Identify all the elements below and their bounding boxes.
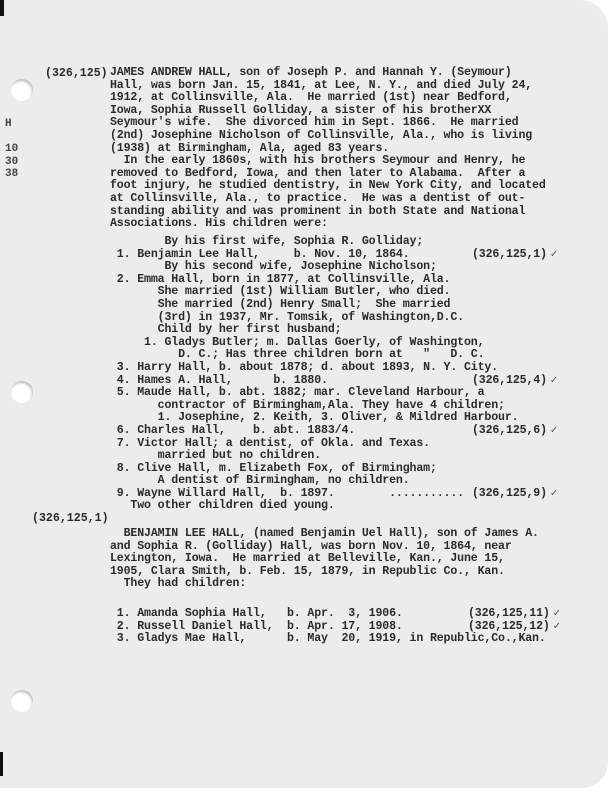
line-text: married but no children. <box>110 449 321 462</box>
line-text: By his first wife, Sophia R. Golliday; <box>110 235 423 248</box>
line-text: By his second wife, Josephine Nicholson; <box>110 260 437 273</box>
text-line: Associations. His children were: <box>110 218 546 231</box>
line-text: A dentist of Birmingham, no children. <box>110 474 410 487</box>
line-text: 6. Charles Hall, b. abt. 1883/4. <box>110 424 355 437</box>
children-list: By his first wife, Sophia R. Golliday; 1… <box>110 236 518 513</box>
entry-reference-number: (326,125) <box>45 67 108 80</box>
line-text: 2. Emma Hall, born in 1877, at Collinsvi… <box>110 273 450 286</box>
line-text: 5. Maude Hall, b. abt. 1882; mar. Clevel… <box>110 386 484 399</box>
text-line: Lexington, Iowa. He married at Bellevill… <box>110 553 539 566</box>
text-line: 1912, at Collinsville, Ala. He married (… <box>110 92 546 105</box>
line-text: 3. Gladys Mae Hall, b. May 20, 1919, in … <box>110 632 546 645</box>
margin-note: 30 <box>5 156 18 168</box>
entry-reference-number: (326,125,1) <box>32 512 109 525</box>
punch-hole <box>11 79 33 101</box>
punch-hole <box>11 381 33 403</box>
entry-benjamin-lee-hall: BENJAMIN LEE HALL, (named Benjamin Uel H… <box>110 528 539 591</box>
punch-hole <box>11 690 33 712</box>
line-text: 4. Hames A. Hall, b. 1880. <box>110 374 328 387</box>
cross-reference: (326,125,1)✓ <box>472 249 558 262</box>
line-text: She married (2nd) Henry Small; She marri… <box>110 298 450 311</box>
entry-james-andrew-hall: JAMES ANDREW HALL, son of Joseph P. and … <box>110 67 546 231</box>
cross-reference: (326,125,11)✓ <box>468 608 561 621</box>
margin-note: 38 <box>5 168 18 180</box>
cross-reference: (326,125,6)✓ <box>472 425 558 438</box>
check-mark-icon: ✓ <box>553 621 561 632</box>
line-text: 7. Victor Hall; a dentist, of Okla. and … <box>110 437 430 450</box>
line-text: 1. Amanda Sophia Hall, b. Apr. 3, 1906. <box>110 607 403 620</box>
line-text: 8. Clive Hall, m. Elizabeth Fox, of Birm… <box>110 462 437 475</box>
text-line: at Collinsville, Ala., to practice. He w… <box>110 193 546 206</box>
line-text: Child by her first husband; <box>110 323 341 336</box>
child-line: Two other children died young. <box>110 500 518 513</box>
check-mark-icon: ✓ <box>550 249 558 260</box>
line-text: 9. Wayne Willard Hall, b. 1897. ........… <box>110 487 464 500</box>
line-text: She married (1st) William Butler, who di… <box>110 285 450 298</box>
margin-note: H <box>5 118 12 130</box>
margin-note: 10 <box>5 143 18 155</box>
document-page: H 10 30 38 (326,125) JAMES ANDREW HALL, … <box>0 0 608 788</box>
check-mark-icon: ✓ <box>550 375 558 386</box>
line-text: 2. Russell Daniel Hall, b. Apr. 17, 1908… <box>110 620 403 633</box>
cross-reference: (326,125,9)✓ <box>472 488 558 501</box>
text-line: They had children: <box>110 578 539 591</box>
cross-reference: (326,125,4)✓ <box>472 375 558 388</box>
check-mark-icon: ✓ <box>553 608 561 619</box>
line-text: 1. Benjamin Lee Hall, b. Nov. 10, 1864. <box>110 248 410 261</box>
line-text: 1. Josephine, 2. Keith, 3. Oliver, & Mil… <box>110 411 518 424</box>
check-mark-icon: ✓ <box>550 488 558 499</box>
line-text: 3. Harry Hall, b. about 1878; d. about 1… <box>110 361 498 374</box>
text-line: BENJAMIN LEE HALL, (named Benjamin Uel H… <box>110 528 539 541</box>
text-line: In the early 1860s, with his brothers Se… <box>110 155 546 168</box>
text-line: (2nd) Josephine Nicholson of Collinsvill… <box>110 130 546 143</box>
child-line: 3. Gladys Mae Hall, b. May 20, 1919, in … <box>110 633 546 646</box>
line-text: contractor of Birmingham,Ala. They have … <box>110 399 505 412</box>
line-text: (3rd) in 1937, Mr. Tomsik, of Washington… <box>110 311 464 324</box>
line-text: Two other children died young. <box>110 499 335 512</box>
text-line: JAMES ANDREW HALL, son of Joseph P. and … <box>110 67 546 80</box>
check-mark-icon: ✓ <box>550 425 558 436</box>
line-text: 1. Gladys Butler; m. Dallas Goerly, of W… <box>110 336 484 349</box>
line-text: D. C.; Has three children born at " D. C… <box>110 348 484 361</box>
benjamin-children-list: 1. Amanda Sophia Hall, b. Apr. 3, 1906.(… <box>110 608 546 646</box>
